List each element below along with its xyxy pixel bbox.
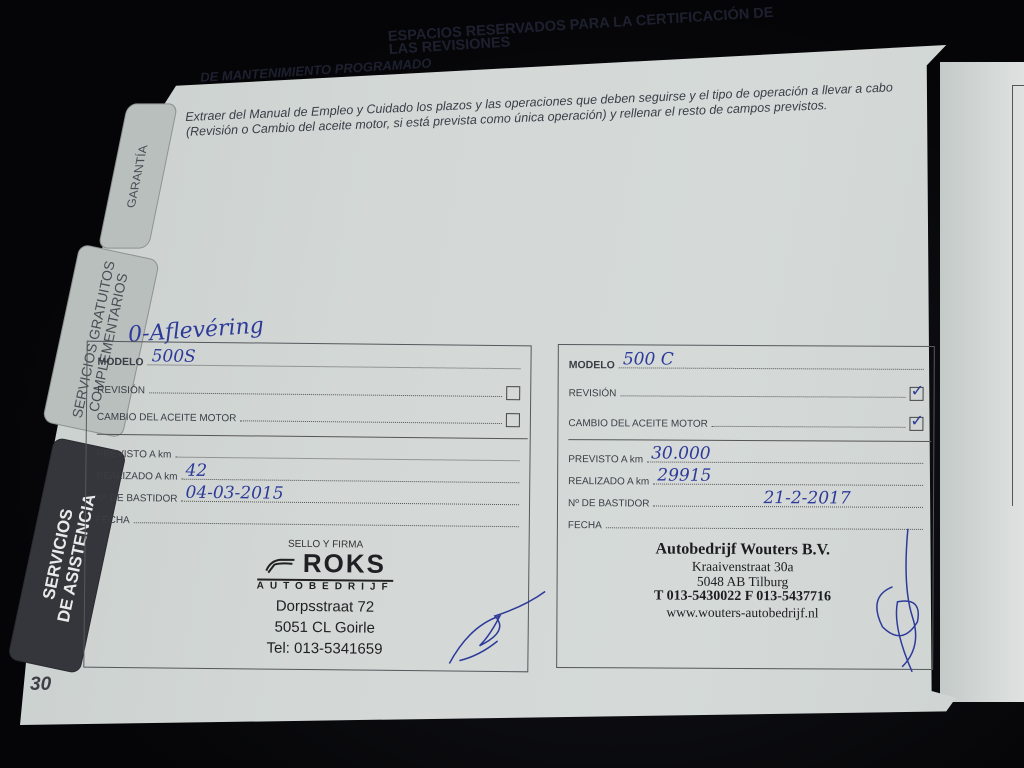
previsto-label: PREVISTO A km	[568, 454, 643, 465]
page-number: 30	[30, 674, 51, 696]
tab-garantia-label: GARANTÍA	[125, 145, 150, 208]
fecha-label: FECHA	[96, 515, 130, 526]
stamp-phone: Tel: 013-5341659	[224, 639, 424, 658]
field-revision[interactable]: REVISIÓN	[97, 378, 520, 400]
photo-background: GARANTÍA SERVICIOS GRATUITOSCOMPLEMENTAR…	[0, 0, 1024, 768]
field-modelo[interactable]: MODELO 500 C	[569, 353, 924, 373]
revision-label: REVISIÓN	[97, 385, 145, 396]
divider	[97, 434, 528, 440]
stamp-address-1: Kraaivenstraat 30a	[628, 558, 858, 574]
modelo-value: 500 C	[623, 349, 674, 369]
next-page-form-edge	[1012, 85, 1024, 506]
stamp-brand: ROKS	[225, 549, 425, 577]
signature-icon	[439, 585, 550, 671]
field-bastidor[interactable]: Nº DE BASTIDOR 21-2-2017	[568, 491, 923, 511]
dealer-stamp-roks: SELLO Y FIRMA ROKS AUTOBEDRIJF Dorpsstra…	[224, 538, 425, 658]
bastidor-label: Nº DE BASTIDOR	[96, 493, 178, 505]
fecha-label: FECHA	[568, 520, 602, 531]
cambio-checkbox[interactable]	[909, 417, 923, 431]
signature-icon	[862, 527, 933, 677]
bastidor-value: 04-03-2015	[185, 483, 283, 504]
stamp-brand: Autobedrijf Wouters B.V.	[628, 540, 858, 559]
field-realizado[interactable]: REALIZADO A km 42	[96, 464, 519, 486]
stamp-address-2: 5051 CL Goirle	[225, 618, 425, 637]
stamp-subtitle: AUTOBEDRIJF	[257, 578, 394, 592]
realizado-value: 42	[185, 461, 207, 481]
cambio-label: CAMBIO DEL ACEITE MOTOR	[568, 418, 708, 430]
stamp-address-2: 5048 AB Tilburg	[628, 573, 858, 589]
revision-checkbox[interactable]	[910, 387, 924, 401]
realizado-label: REALIZADO A km	[96, 471, 177, 483]
field-modelo[interactable]: MODELO 500S	[97, 350, 520, 372]
stamp-website: www.wouters-autobedrijf.nl	[627, 604, 857, 620]
divider	[568, 439, 931, 442]
field-fecha[interactable]: FECHA	[96, 508, 519, 530]
bastidor-value: 21-2-2017	[763, 488, 850, 508]
revision-label: REVISIÓN	[569, 388, 617, 399]
service-record-1: MODELO 500S REVISIÓN CAMBIO DEL ACEITE M…	[83, 341, 531, 673]
cambio-label: CAMBIO DEL ACEITE MOTOR	[97, 412, 237, 424]
field-revision[interactable]: REVISIÓN	[569, 381, 924, 401]
realizado-label: REALIZADO A km	[568, 476, 649, 487]
cambio-checkbox[interactable]	[506, 413, 520, 427]
realizado-value: 29915	[657, 466, 711, 486]
field-cambio-aceite[interactable]: CAMBIO DEL ACEITE MOTOR	[97, 405, 520, 427]
field-previsto[interactable]: PREVISTO A km	[96, 442, 519, 464]
bastidor-label: Nº DE BASTIDOR	[568, 498, 650, 509]
modelo-label: MODELO	[569, 359, 615, 371]
stamp-phone: T 013-5430022 F 013-5437716	[627, 588, 857, 605]
revision-checkbox[interactable]	[506, 386, 520, 400]
modelo-value: 500S	[152, 346, 196, 366]
previsto-label: PREVISTO A km	[96, 449, 171, 461]
car-logo-icon	[265, 555, 299, 575]
service-record-2: MODELO 500 C REVISIÓN CAMBIO DEL ACEITE …	[556, 344, 935, 670]
previsto-value: 30.000	[651, 444, 711, 464]
stamp-brand-text: ROKS	[303, 548, 386, 579]
field-realizado[interactable]: REALIZADO A km 29915	[568, 469, 923, 489]
field-bastidor[interactable]: Nº DE BASTIDOR 04-03-2015	[96, 486, 519, 508]
dealer-stamp-wouters: Autobedrijf Wouters B.V. Kraaivenstraat …	[627, 540, 857, 620]
stamp-address-1: Dorpsstraat 72	[225, 597, 425, 616]
field-cambio-aceite[interactable]: CAMBIO DEL ACEITE MOTOR	[568, 411, 923, 431]
modelo-label: MODELO	[97, 356, 143, 368]
field-previsto[interactable]: PREVISTO A km 30.000	[568, 447, 923, 467]
